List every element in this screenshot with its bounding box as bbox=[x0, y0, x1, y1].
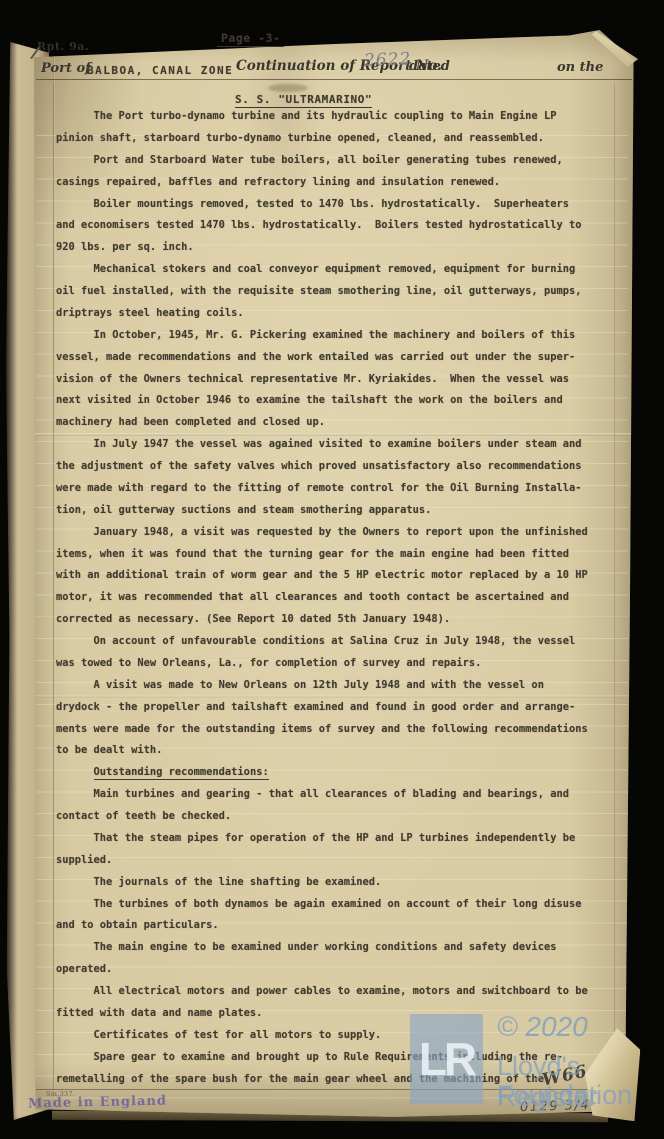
typed-line: machinery had been completed and closed … bbox=[56, 412, 628, 434]
typed-line: driptrays steel heating coils. bbox=[56, 303, 628, 325]
page-number: Page -3- bbox=[217, 31, 284, 47]
report-number-handwritten: 2622 bbox=[364, 49, 412, 71]
typed-line: and to obtain particulars. bbox=[56, 915, 628, 937]
typed-line: tion, oil gutterway suctions and steam s… bbox=[56, 500, 628, 522]
typed-line: items, when it was found that the turnin… bbox=[56, 544, 628, 566]
handwritten-page-number: 0129 3/4 bbox=[520, 1098, 591, 1115]
typed-line: was towed to New Orleans, La., for compl… bbox=[56, 653, 628, 675]
typed-line: Boiler mountings removed, tested to 1470… bbox=[56, 194, 628, 216]
typed-line: the adjustment of the safety valves whic… bbox=[56, 456, 628, 478]
typed-line: A visit was made to New Orleans on 12th … bbox=[56, 675, 628, 697]
typed-line: next visited in October 1946 to examine … bbox=[56, 390, 628, 412]
typed-line: January 1948, a visit was requested by t… bbox=[56, 522, 628, 544]
typed-line: casings repaired, baffles and refractory… bbox=[56, 172, 628, 194]
form-left-border bbox=[53, 84, 54, 1090]
typed-line: and economisers tested 1470 lbs. hydrost… bbox=[56, 215, 628, 237]
typed-line: 920 lbs. per sq. inch. bbox=[56, 237, 628, 259]
typed-line: operated. bbox=[56, 959, 628, 981]
typed-line: Port and Starboard Water tube boilers, a… bbox=[56, 150, 628, 172]
made-in-england-stamp: Made in England bbox=[28, 1094, 167, 1112]
typed-line: The Port turbo-dynamo turbine and its hy… bbox=[56, 106, 628, 128]
on-the-label: on the bbox=[557, 60, 603, 75]
header-rule bbox=[36, 79, 632, 80]
typed-line: The journals of the line shafting be exa… bbox=[56, 872, 628, 894]
typed-line: All electrical motors and power cables t… bbox=[56, 981, 628, 1003]
typed-line: drydock - the propeller and tailshaft ex… bbox=[56, 697, 628, 719]
typed-line: In October, 1945, Mr. G. Pickering exami… bbox=[56, 325, 628, 347]
typed-line: The main engine to be examined under wor… bbox=[56, 937, 628, 959]
typed-line: with an additional train of worm gear an… bbox=[56, 565, 628, 587]
typed-line: In July 1947 the vessel was agained visi… bbox=[56, 434, 628, 456]
typed-line: vessel, made recommendations and the wor… bbox=[56, 347, 628, 369]
typed-line: Certificates of test for all motors to s… bbox=[56, 1025, 628, 1047]
typed-line: Spare gear to examine and brought up to … bbox=[56, 1047, 628, 1069]
typed-line: to be dealt with. bbox=[56, 740, 628, 762]
typed-line: Outstanding recommendations: bbox=[56, 762, 628, 784]
typed-line: On account of unfavourable conditions at… bbox=[56, 631, 628, 653]
port-value: BALBOA, CANAL ZONE bbox=[87, 64, 233, 77]
typed-line: The turbines of both dynamos be again ex… bbox=[56, 894, 628, 916]
ink-smudge bbox=[268, 84, 308, 92]
typed-line: fitted with data and name plates. bbox=[56, 1003, 628, 1025]
report-form-label: Rpt. 9a. bbox=[37, 40, 89, 53]
typed-line: contact of teeth be checked. bbox=[56, 806, 628, 828]
typed-line: That the steam pipes for operation of th… bbox=[56, 828, 628, 850]
dated-label: dated bbox=[409, 59, 450, 74]
typed-line: vision of the Owners technical represent… bbox=[56, 369, 628, 391]
typed-body: The Port turbo-dynamo turbine and its hy… bbox=[56, 106, 628, 1090]
scanned-report-page: { "header": { "rpt_label": "Rpt. 9a.", "… bbox=[0, 0, 664, 1139]
port-of-label: Port of bbox=[41, 61, 91, 76]
typed-line: motor, it was recommended that all clear… bbox=[56, 587, 628, 609]
typed-line: pinion shaft, starboard turbo-dynamo tur… bbox=[56, 128, 628, 150]
typed-line: Mechanical stokers and coal conveyor equ… bbox=[56, 259, 628, 281]
typed-line: ments were made for the outstanding item… bbox=[56, 719, 628, 741]
typed-line: were made with regard to the fitting of … bbox=[56, 478, 628, 500]
typed-line: supplied. bbox=[56, 850, 628, 872]
typed-line: corrected as necessary. (See Report 10 d… bbox=[56, 609, 628, 631]
typed-line: oil fuel installed, with the requisite s… bbox=[56, 281, 628, 303]
typed-line: Main turbines and gearing - that all cle… bbox=[56, 784, 628, 806]
